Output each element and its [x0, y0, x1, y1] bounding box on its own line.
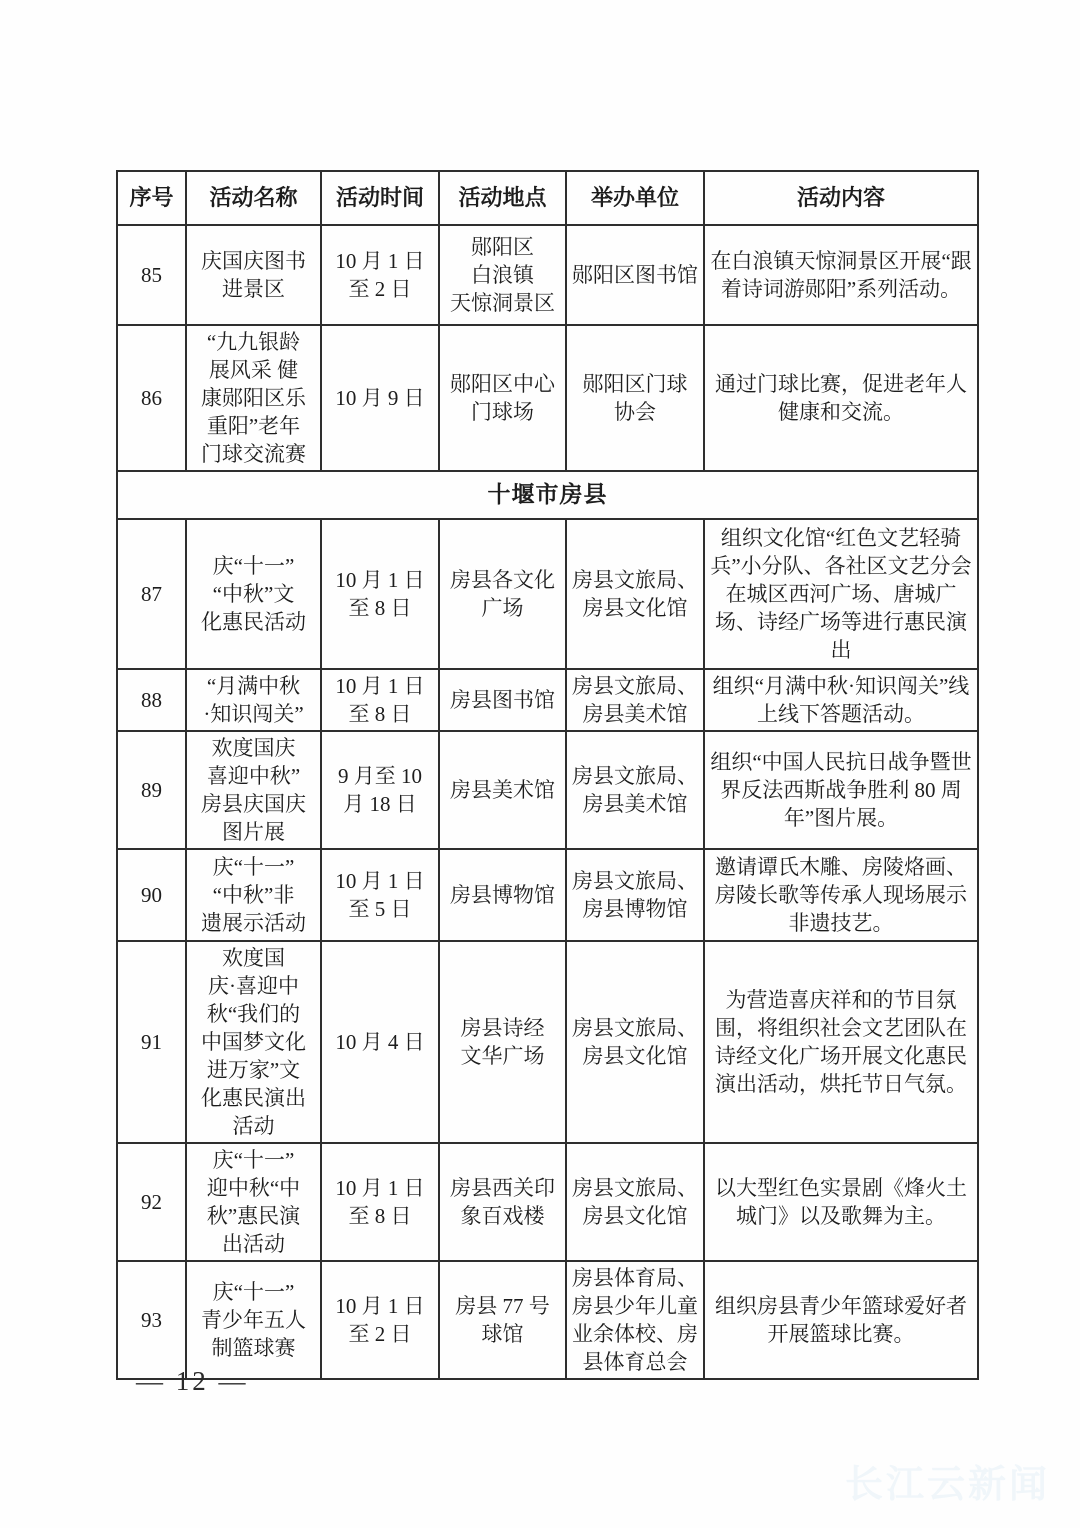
- cell-activity-content: 通过门球比赛，促进老年人健康和交流。: [704, 325, 978, 471]
- cell-organizer: 郧阳区图书馆: [566, 225, 704, 325]
- cell-organizer: 房县文旅局、 房县文化馆: [566, 519, 704, 669]
- table-row: 89 欢度国庆 喜迎中秋” 房县庆国庆 图片展 9 月至 10 月 18 日 房…: [117, 731, 978, 849]
- cell-activity-name: 庆“十一” “中秋”文 化惠民活动: [186, 519, 321, 669]
- cell-activity-time: 10 月 4 日: [321, 941, 439, 1143]
- cell-activity-time: 10 月 9 日: [321, 325, 439, 471]
- table-row: 86 “九九银龄 展风采 健 康郧阳区乐 重阳”老年 门球交流赛 10 月 9 …: [117, 325, 978, 471]
- document-page: 序号 活动名称 活动时间 活动地点 举办单位 活动内容 85 庆国庆图书 进景区…: [0, 0, 1080, 1528]
- watermark-text: 长江云新闻: [845, 1453, 1050, 1508]
- cell-no: 90: [117, 849, 186, 941]
- cell-activity-name: 庆“十一” 迎中秋“中 秋”惠民演 出活动: [186, 1143, 321, 1261]
- cell-no: 89: [117, 731, 186, 849]
- table-row: 90 庆“十一” “中秋”非 遗展示活动 10 月 1 日 至 5 日 房县博物…: [117, 849, 978, 941]
- cell-no: 92: [117, 1143, 186, 1261]
- cell-activity-time: 10 月 1 日 至 8 日: [321, 519, 439, 669]
- cell-organizer: 房县文旅局、 房县博物馆: [566, 849, 704, 941]
- cell-activity-time: 10 月 1 日 至 8 日: [321, 669, 439, 731]
- cell-organizer: 房县体育局、 房县少年儿童 业余体校、房 县体育总会: [566, 1261, 704, 1379]
- col-header-organizer: 举办单位: [566, 171, 704, 225]
- cell-no: 91: [117, 941, 186, 1143]
- table-header-row: 序号 活动名称 活动时间 活动地点 举办单位 活动内容: [117, 171, 978, 225]
- cell-organizer: 房县文旅局、 房县文化馆: [566, 1143, 704, 1261]
- cell-activity-content: 邀请谭氏木雕、房陵烙画、房陵长歌等传承人现场展示非遗技艺。: [704, 849, 978, 941]
- cell-activity-name: “九九银龄 展风采 健 康郧阳区乐 重阳”老年 门球交流赛: [186, 325, 321, 471]
- cell-activity-place: 房县西关印 象百戏楼: [439, 1143, 566, 1261]
- cell-no: 86: [117, 325, 186, 471]
- col-header-activity-content: 活动内容: [704, 171, 978, 225]
- cell-no: 87: [117, 519, 186, 669]
- cell-no: 93: [117, 1261, 186, 1379]
- cell-activity-content: 在白浪镇天惊洞景区开展“跟着诗词游郧阳”系列活动。: [704, 225, 978, 325]
- cell-organizer: 房县文旅局、 房县文化馆: [566, 941, 704, 1143]
- cell-activity-name: 庆“十一” “中秋”非 遗展示活动: [186, 849, 321, 941]
- col-header-activity-place: 活动地点: [439, 171, 566, 225]
- cell-activity-name: 欢度国 庆·喜迎中 秋“我们的 中国梦文化 进万家”文 化惠民演出 活动: [186, 941, 321, 1143]
- cell-activity-name: “月满中秋 ·知识闯关”: [186, 669, 321, 731]
- cell-activity-place: 房县 77 号 球馆: [439, 1261, 566, 1379]
- cell-activity-name: 庆“十一” 青少年五人 制篮球赛: [186, 1261, 321, 1379]
- page-number: — 12 —: [136, 1366, 249, 1397]
- table-row: 88 “月满中秋 ·知识闯关” 10 月 1 日 至 8 日 房县图书馆 房县文…: [117, 669, 978, 731]
- cell-organizer: 房县文旅局、 房县美术馆: [566, 731, 704, 849]
- cell-activity-name: 庆国庆图书 进景区: [186, 225, 321, 325]
- cell-activity-content: 为营造喜庆祥和的节目氛围，将组织社会文艺团队在诗经文化广场开展文化惠民演出活动，…: [704, 941, 978, 1143]
- cell-activity-content: 组织文化馆“红色文艺轻骑兵”小分队、各社区文艺分会在城区西河广场、唐城广场、诗经…: [704, 519, 978, 669]
- cell-no: 85: [117, 225, 186, 325]
- cell-organizer: 郧阳区门球 协会: [566, 325, 704, 471]
- cell-activity-time: 10 月 1 日 至 2 日: [321, 225, 439, 325]
- cell-activity-content: 组织房县青少年篮球爱好者开展篮球比赛。: [704, 1261, 978, 1379]
- col-header-activity-name: 活动名称: [186, 171, 321, 225]
- cell-activity-content: 以大型红色实景剧《烽火土城门》以及歌舞为主。: [704, 1143, 978, 1261]
- cell-activity-name: 欢度国庆 喜迎中秋” 房县庆国庆 图片展: [186, 731, 321, 849]
- table-row: 92 庆“十一” 迎中秋“中 秋”惠民演 出活动 10 月 1 日 至 8 日 …: [117, 1143, 978, 1261]
- cell-activity-time: 10 月 1 日 至 8 日: [321, 1143, 439, 1261]
- cell-activity-place: 房县博物馆: [439, 849, 566, 941]
- cell-activity-content: 组织“月满中秋·知识闯关”线上线下答题活动。: [704, 669, 978, 731]
- section-header-row: 十堰市房县: [117, 471, 978, 519]
- cell-activity-place: 房县各文化 广场: [439, 519, 566, 669]
- section-header-label: 十堰市房县: [117, 471, 978, 519]
- cell-activity-place: 郧阳区 白浪镇 天惊洞景区: [439, 225, 566, 325]
- activities-table: 序号 活动名称 活动时间 活动地点 举办单位 活动内容 85 庆国庆图书 进景区…: [116, 170, 979, 1380]
- table-row: 93 庆“十一” 青少年五人 制篮球赛 10 月 1 日 至 2 日 房县 77…: [117, 1261, 978, 1379]
- table-row: 91 欢度国 庆·喜迎中 秋“我们的 中国梦文化 进万家”文 化惠民演出 活动 …: [117, 941, 978, 1143]
- cell-activity-content: 组织“中国人民抗日战争暨世界反法西斯战争胜利 80 周年”图片展。: [704, 731, 978, 849]
- cell-activity-time: 10 月 1 日 至 2 日: [321, 1261, 439, 1379]
- table-row: 87 庆“十一” “中秋”文 化惠民活动 10 月 1 日 至 8 日 房县各文…: [117, 519, 978, 669]
- cell-organizer: 房县文旅局、 房县美术馆: [566, 669, 704, 731]
- cell-activity-place: 房县美术馆: [439, 731, 566, 849]
- cell-activity-time: 9 月至 10 月 18 日: [321, 731, 439, 849]
- cell-activity-place: 房县诗经 文华广场: [439, 941, 566, 1143]
- col-header-index: 序号: [117, 171, 186, 225]
- cell-activity-time: 10 月 1 日 至 5 日: [321, 849, 439, 941]
- cell-no: 88: [117, 669, 186, 731]
- col-header-activity-time: 活动时间: [321, 171, 439, 225]
- table-row: 85 庆国庆图书 进景区 10 月 1 日 至 2 日 郧阳区 白浪镇 天惊洞景…: [117, 225, 978, 325]
- cell-activity-place: 房县图书馆: [439, 669, 566, 731]
- cell-activity-place: 郧阳区中心 门球场: [439, 325, 566, 471]
